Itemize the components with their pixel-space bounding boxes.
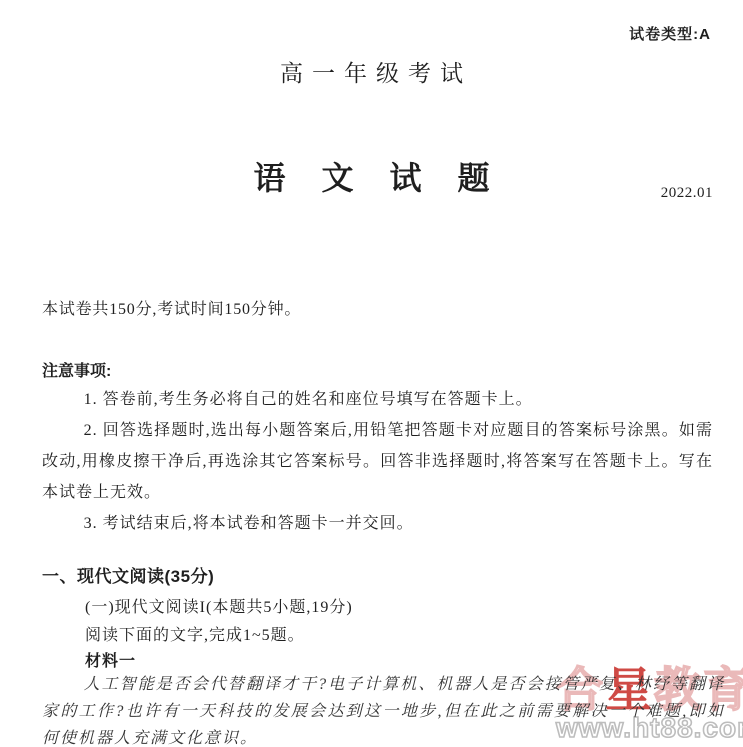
- subject-title: 语 文 试 题: [0, 153, 743, 199]
- notice-item-2: 2. 回答选择题时,选出每小题答案后,用铅笔把答题卡对应题目的答案标号涂黑。如需…: [42, 415, 713, 508]
- notice-list: 1. 答卷前,考生务必将自己的姓名和座位号填写在答题卡上。 2. 回答选择题时,…: [42, 384, 713, 539]
- section-subheading: (一)现代文阅读I(本题共5小题,19分): [85, 594, 353, 617]
- exam-summary-line: 本试卷共150分,考试时间150分钟。: [42, 296, 301, 319]
- exam-date: 2022.01: [661, 185, 713, 202]
- material-one-label: 材料一: [85, 648, 136, 671]
- exam-title: 高一年级考试: [0, 55, 743, 88]
- notice-item-3: 3. 考试结束后,将本试卷和答题卡一并交回。: [42, 508, 713, 539]
- section-instruction: 阅读下面的文字,完成1~5题。: [85, 622, 305, 645]
- notice-item-1: 1. 答卷前,考生务必将自己的姓名和座位号填写在答题卡上。: [42, 384, 713, 415]
- material-one-text: 人工智能是否会代替翻译才干?电子计算机、机器人是否会接管严复、林纾等翻译家的工作…: [42, 671, 725, 747]
- notice-heading: 注意事项:: [42, 358, 111, 381]
- document-content: 试卷类型:A 高一年级考试 语 文 试 题 2022.01 本试卷共150分,考…: [0, 0, 743, 747]
- section-heading-modern-reading: 一、现代文阅读(35分): [42, 562, 214, 587]
- exam-paper-page: 合星教育网 www.ht88.com 试卷类型:A 高一年级考试 语 文 试 题…: [0, 0, 743, 747]
- paper-type-label: 试卷类型:A: [629, 23, 711, 44]
